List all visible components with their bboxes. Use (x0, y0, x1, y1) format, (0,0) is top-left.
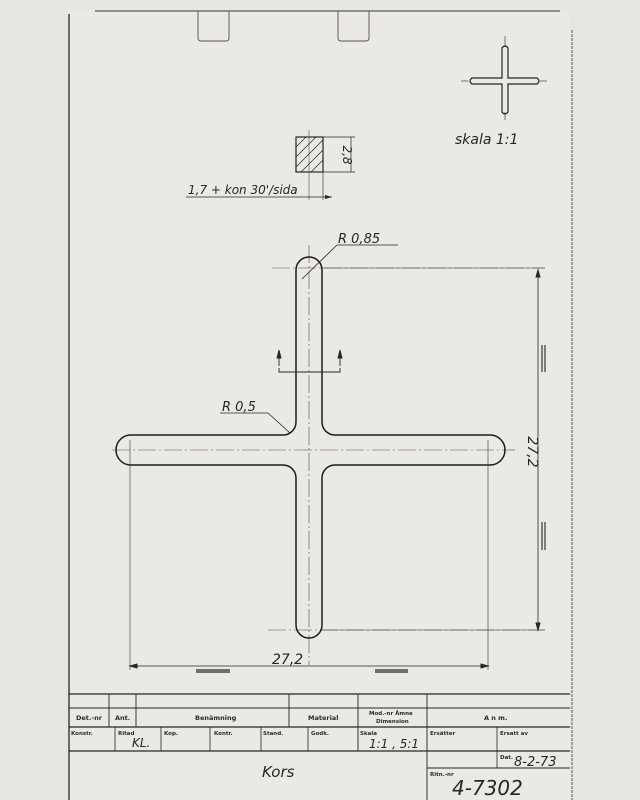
section-taper-note: 1,7 + kon 30'/sida (188, 183, 298, 197)
date-value: 8-2-73 (514, 755, 556, 770)
konstr-label: Konstr. (71, 731, 93, 737)
det-nr-header: Det.-nr (76, 714, 103, 722)
antal-header: Ant. (115, 714, 130, 722)
stand-label: Stand. (263, 731, 283, 737)
ritn-nr-label: Ritn.-nr (430, 772, 454, 778)
benamning-header: Benämning (195, 714, 237, 722)
height-dimension-label: 27,2 (524, 436, 540, 467)
ersatt-av-label: Ersatt av (500, 731, 528, 737)
skala-value: 1:1 , 5:1 (369, 737, 419, 751)
kop-label: Kop. (164, 731, 178, 737)
tip-radius-label: R 0,85 (338, 232, 380, 247)
material-header: Material (308, 714, 338, 722)
ritad-value: KL. (132, 736, 150, 750)
fillet-radius-label: R 0,5 (222, 400, 256, 415)
anm-header: A n m. (484, 714, 507, 722)
kontr-label: Kontr. (214, 731, 233, 737)
thumbnail-scale-note: skala 1:1 (455, 132, 518, 148)
dimension-header: Dimension (376, 719, 409, 725)
part-name: Kors (262, 763, 295, 781)
drawing-canvas: skala 1:1 2,8 1,7 + kon 30'/sida (0, 0, 640, 800)
godk-label: Godk. (311, 731, 329, 737)
date-label: Dat. (500, 755, 513, 761)
width-dimension-label: 27,2 (272, 652, 303, 668)
drawing-number: 4-7302 (452, 776, 523, 800)
ersatter-label: Ersätter (430, 731, 455, 737)
section-height-dimension: 2,8 (340, 145, 354, 164)
engineering-drawing-sheet: skala 1:1 2,8 1,7 + kon 30'/sida (0, 0, 640, 800)
mod-nr-header: Mod.-nr Ämne (369, 710, 413, 717)
